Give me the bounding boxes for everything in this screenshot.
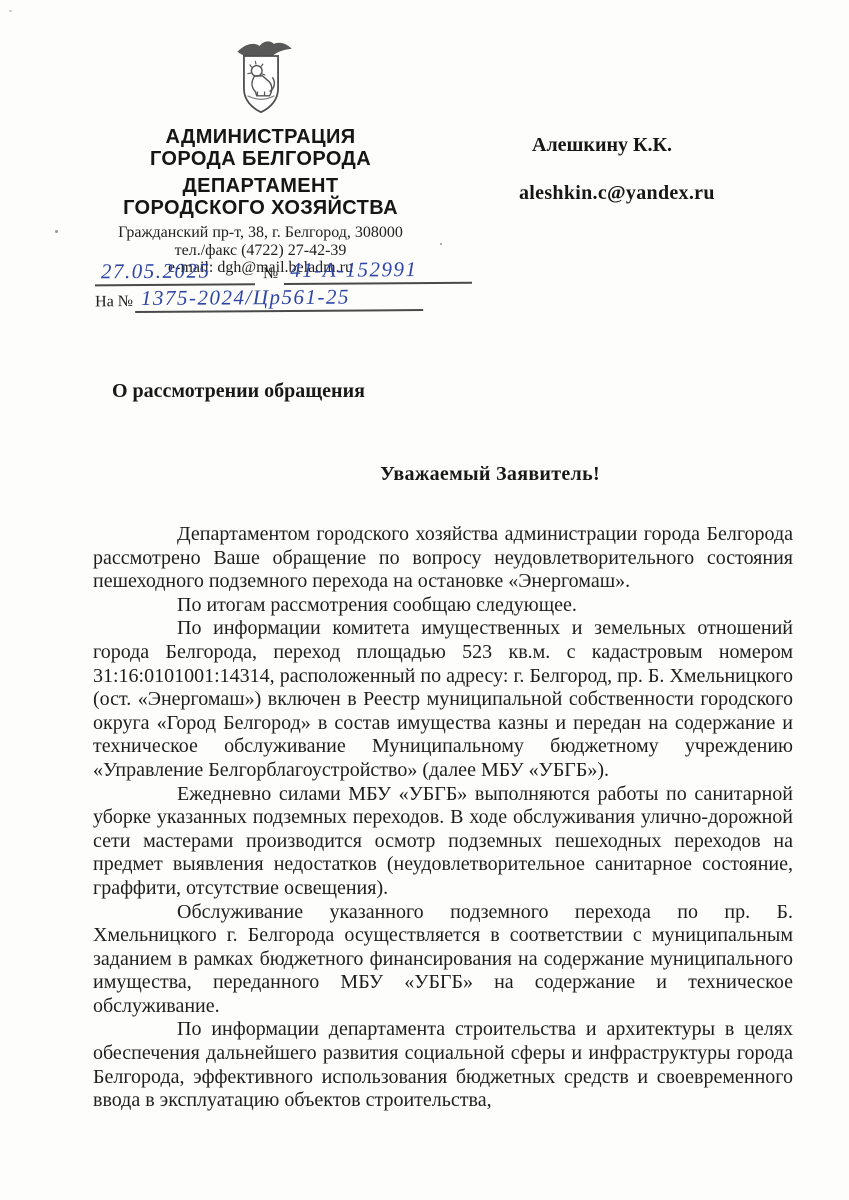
salutation: Уважаемый Заявитель! xyxy=(130,463,849,486)
scan-speck xyxy=(440,243,442,245)
belgorod-coat-of-arms-icon xyxy=(229,34,293,122)
recipient-email: aleshkin.c@yandex.ru xyxy=(519,182,799,205)
reference-label: На № xyxy=(95,293,133,311)
handwritten-outgoing-number: 41-А-152991 xyxy=(290,257,417,282)
scanned-letter-page: АДМИНИСТРАЦИЯ ГОРОДА БЕЛГОРОДА ДЕПАРТАМЕ… xyxy=(0,0,849,1200)
paragraph: Департаментом городского хозяйства админ… xyxy=(93,523,793,594)
paragraph: Обслуживание указанного подземного перех… xyxy=(93,901,793,1019)
recipient-block: Алешкину К.К. aleshkin.c@yandex.ru xyxy=(519,134,799,205)
scan-speck xyxy=(9,10,12,12)
requisites-block: 27.05.2025 № 41-А-152991 На № 1375-2024/… xyxy=(95,257,475,314)
letter-body: Департаментом городского хозяйства админ… xyxy=(93,523,793,1113)
handwritten-reference-number: 1375-2024/Цр561-25 xyxy=(141,285,350,310)
scan-speck xyxy=(55,230,58,233)
dept-name-line2: ГОРОДСКОГО ХОЗЯЙСТВА xyxy=(88,197,433,219)
outgoing-number-field: 41-А-152991 xyxy=(284,257,472,285)
date-field: 27.05.2025 xyxy=(95,258,255,286)
org-name-line2: ГОРОДА БЕЛГОРОДА xyxy=(88,148,433,170)
paragraph: По итогам рассмотрения сообщаю следующее… xyxy=(93,594,793,618)
paragraph: Ежедневно силами МБУ «УБГБ» выполняются … xyxy=(93,783,793,901)
paragraph: По информации департамента строительства… xyxy=(93,1018,793,1112)
reference-number-field: 1375-2024/Цр561-25 xyxy=(135,284,423,313)
paragraph: По информации комитета имущественных и з… xyxy=(93,617,793,782)
dept-name-line1: ДЕПАРТАМЕНТ xyxy=(88,175,433,197)
letterhead-address: Гражданский пр-т, 38, г. Белгород, 30800… xyxy=(88,224,433,242)
org-name-line1: АДМИНИСТРАЦИЯ xyxy=(88,126,433,148)
number-sign: № xyxy=(263,265,278,283)
handwritten-date: 27.05.2025 xyxy=(101,259,211,284)
letterhead: АДМИНИСТРАЦИЯ ГОРОДА БЕЛГОРОДА ДЕПАРТАМЕ… xyxy=(88,28,433,277)
recipient-name: Алешкину К.К. xyxy=(532,134,799,157)
subject-line: О рассмотрении обращения xyxy=(112,380,365,403)
